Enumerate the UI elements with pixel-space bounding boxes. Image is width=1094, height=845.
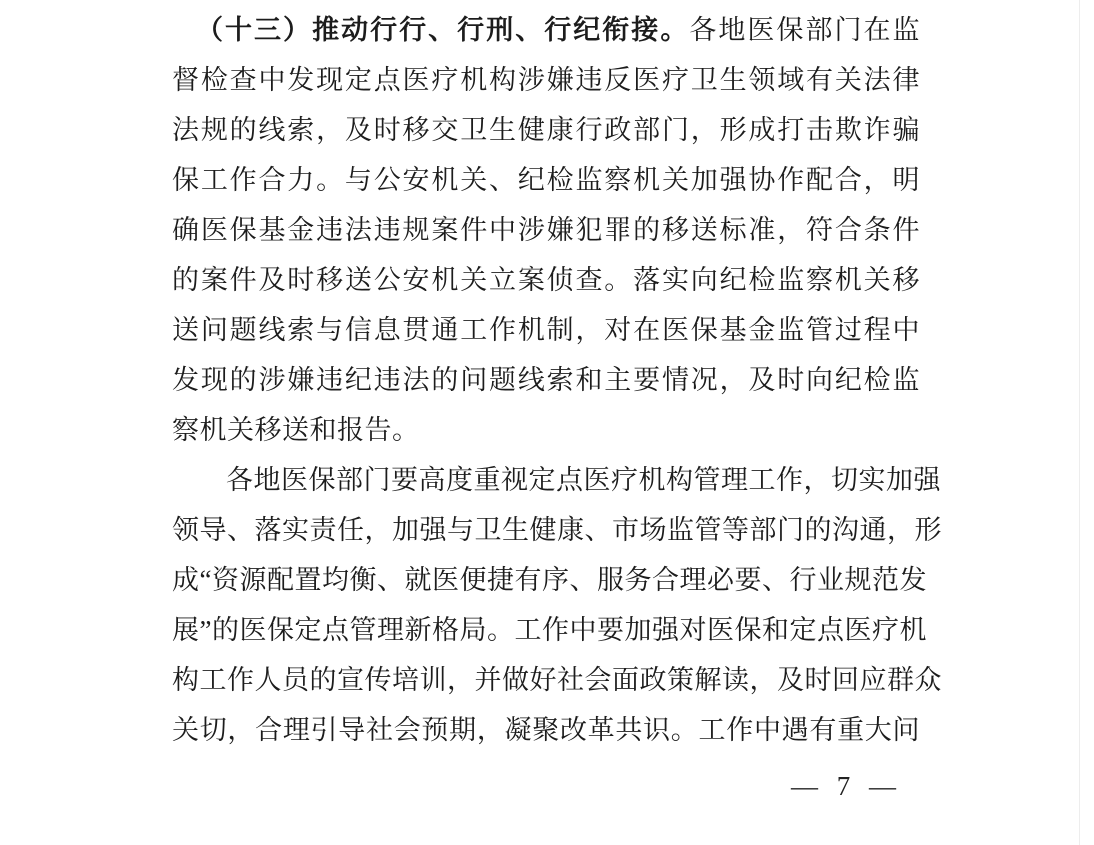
paragraph-line: 察机关移送和报告。 bbox=[172, 405, 920, 455]
paragraph-line: （十三）推动行行、行刑、行纪衔接。各地医保部门在监 bbox=[172, 5, 920, 55]
paragraph-line: 保工作合力。与公安机关、纪检监察机关加强协作配合，明 bbox=[172, 155, 920, 205]
page-number: — 7 — bbox=[172, 764, 896, 808]
paragraph-line: 构工作人员的宣传培训，并做好社会面政策解读，及时回应群众 bbox=[172, 655, 920, 705]
paragraph-line: 关切，合理引导社会预期，凝聚改革共识。工作中遇有重大问 bbox=[172, 705, 920, 755]
section-heading: （十三）推动行行、行刑、行纪衔接。 bbox=[196, 15, 689, 45]
paragraph-line: 督检查中发现定点医疗机构涉嫌违反医疗卫生领域有关法律 bbox=[172, 55, 920, 105]
paragraph-line: 的案件及时移送公安机关立案侦查。落实向纪检监察机关移 bbox=[172, 255, 920, 305]
paragraph-line: 确医保基金违法违规案件中涉嫌犯罪的移送标准，符合条件 bbox=[172, 205, 920, 255]
paragraph-line: 成“资源配置均衡、就医便捷有序、服务合理必要、行业规范发 bbox=[172, 555, 920, 605]
document-body: （十三）推动行行、行刑、行纪衔接。各地医保部门在监 督检查中发现定点医疗机构涉嫌… bbox=[172, 5, 920, 755]
paragraph-line: 发现的涉嫌违纪违法的问题线索和主要情况，及时向纪检监 bbox=[172, 355, 920, 405]
paragraph-text: 各地医保部门在监 bbox=[689, 15, 920, 45]
paragraph-line: 各地医保部门要高度重视定点医疗机构管理工作，切实加强 bbox=[172, 455, 920, 505]
document-page: （十三）推动行行、行刑、行纪衔接。各地医保部门在监 督检查中发现定点医疗机构涉嫌… bbox=[0, 0, 1094, 845]
paragraph-line: 展”的医保定点管理新格局。工作中要加强对医保和定点医疗机 bbox=[172, 605, 920, 655]
paragraph-line: 送问题线索与信息贯通工作机制，对在医保基金监管过程中 bbox=[172, 305, 920, 355]
page-edge-shadow bbox=[1079, 0, 1080, 845]
paragraph-line: 领导、落实责任，加强与卫生健康、市场监管等部门的沟通，形 bbox=[172, 505, 920, 555]
paragraph-line: 法规的线索，及时移交卫生健康行政部门，形成打击欺诈骗 bbox=[172, 105, 920, 155]
